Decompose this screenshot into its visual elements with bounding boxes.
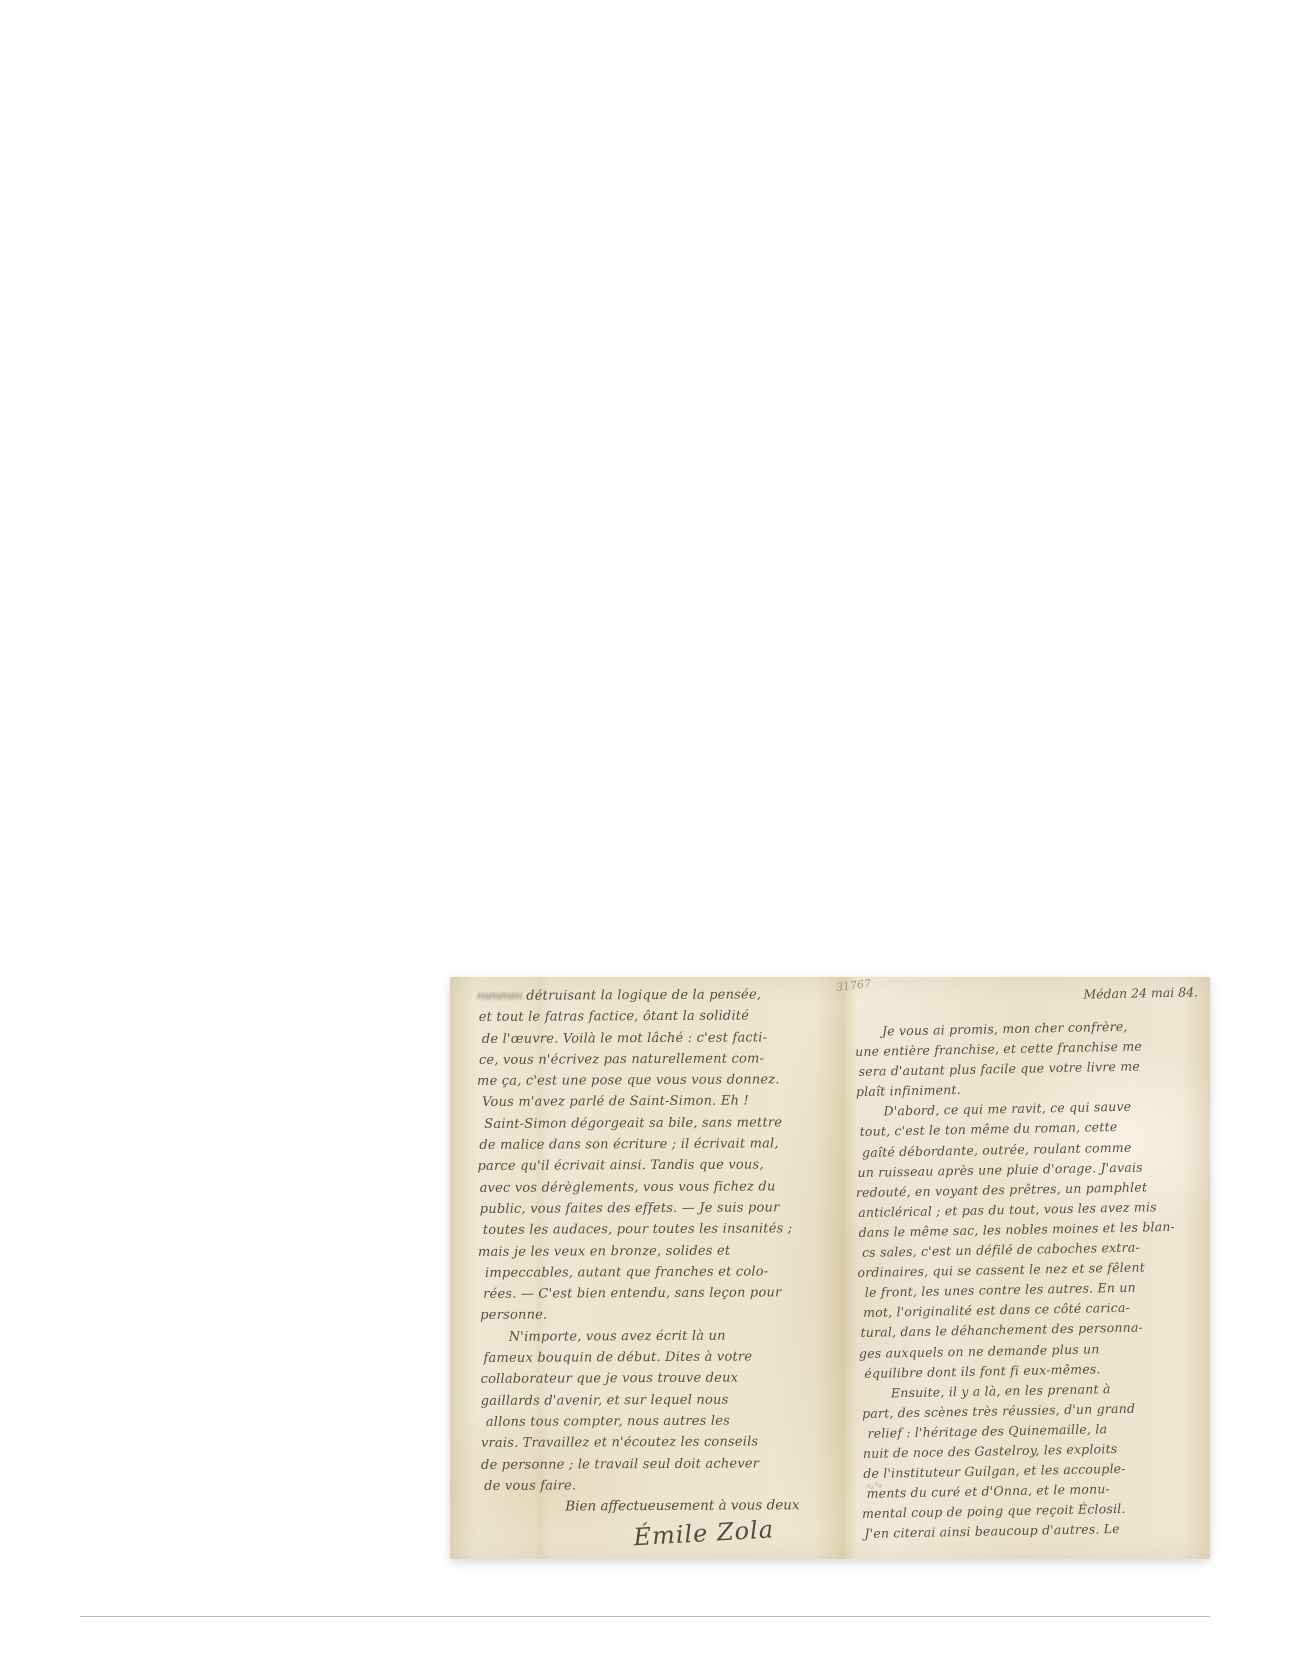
manuscript-line: N'importe, vous avez écrit là un xyxy=(478,1325,832,1348)
right-page-lines: Je vous ai promis, mon cher confrère,une… xyxy=(855,1015,1213,1544)
letter-closing: Bien affectueusement à vous deux xyxy=(565,1497,833,1514)
manuscript-line: Saint-Simon dégorgeait sa bile, sans met… xyxy=(484,1112,831,1135)
manuscript-line: mais je les veux en bronze, solides et xyxy=(478,1240,832,1263)
manuscript-line: collaborateur que je vous trouve deux xyxy=(481,1367,833,1390)
manuscript-line: de l'œuvre. Voilà le mot lâché : c'est f… xyxy=(482,1027,831,1050)
manuscript-line: de malice dans son écriture ; il écrivai… xyxy=(479,1133,831,1156)
manuscript-line: Vous m'avez parlé de Saint-Simon. Eh ! xyxy=(482,1091,831,1114)
manuscript-line: mmmm détruisant la logique de la pensée, xyxy=(477,984,831,1007)
letter-dateline: Médan 24 mai 84. xyxy=(854,984,1202,1006)
manuscript-line: avec vos dérèglements, vous vous fichez … xyxy=(480,1176,832,1199)
manuscript-line: ce, vous n'écrivez pas naturellement com… xyxy=(479,1048,831,1071)
manuscript-line: de personne ; le travail seul doit achev… xyxy=(481,1453,833,1476)
manuscript-line: personne. xyxy=(480,1304,832,1327)
manuscript-line: gaillards d'avenir, et sur lequel nous xyxy=(481,1389,833,1412)
page-divider-line xyxy=(80,1616,1210,1617)
manuscript-line: allons tous compter, nous autres les xyxy=(486,1410,833,1433)
manuscript-line: toutes les audaces, pour toutes les insa… xyxy=(483,1218,832,1241)
letter-scan[interactable]: 31767 mmmm détruisant la logique de la p… xyxy=(450,977,1210,1559)
letter-right-page: Médan 24 mai 84. Je vous ai promis, mon … xyxy=(854,984,1213,1544)
manuscript-line: rées. — C'est bien entendu, sans leçon p… xyxy=(483,1282,832,1305)
manuscript-line: de vous faire. xyxy=(484,1474,833,1497)
letter-left-page: mmmm détruisant la logique de la pensée,… xyxy=(479,984,834,1547)
manuscript-line: vrais. Travaillez et n'écoutez les conse… xyxy=(481,1431,833,1454)
manuscript-line: et tout le fatras factice, ôtant la soli… xyxy=(479,1005,831,1028)
zola-signature: Émile Zola xyxy=(633,1512,834,1551)
manuscript-line: me ça, c'est une pose que vous vous donn… xyxy=(477,1069,831,1092)
manuscript-line: parce qu'il écrivait ainsi. Tandis que v… xyxy=(477,1154,831,1177)
manuscript-line: public, vous faites des effets. — Je sui… xyxy=(480,1197,832,1220)
left-page-lines: mmmm détruisant la logique de la pensée,… xyxy=(479,984,834,1497)
manuscript-line: fameux bouquin de début. Dites à votre xyxy=(483,1346,832,1369)
struck-out-word: mmmm xyxy=(477,989,522,1004)
manuscript-line: impeccables, autant que franches et colo… xyxy=(485,1261,832,1284)
